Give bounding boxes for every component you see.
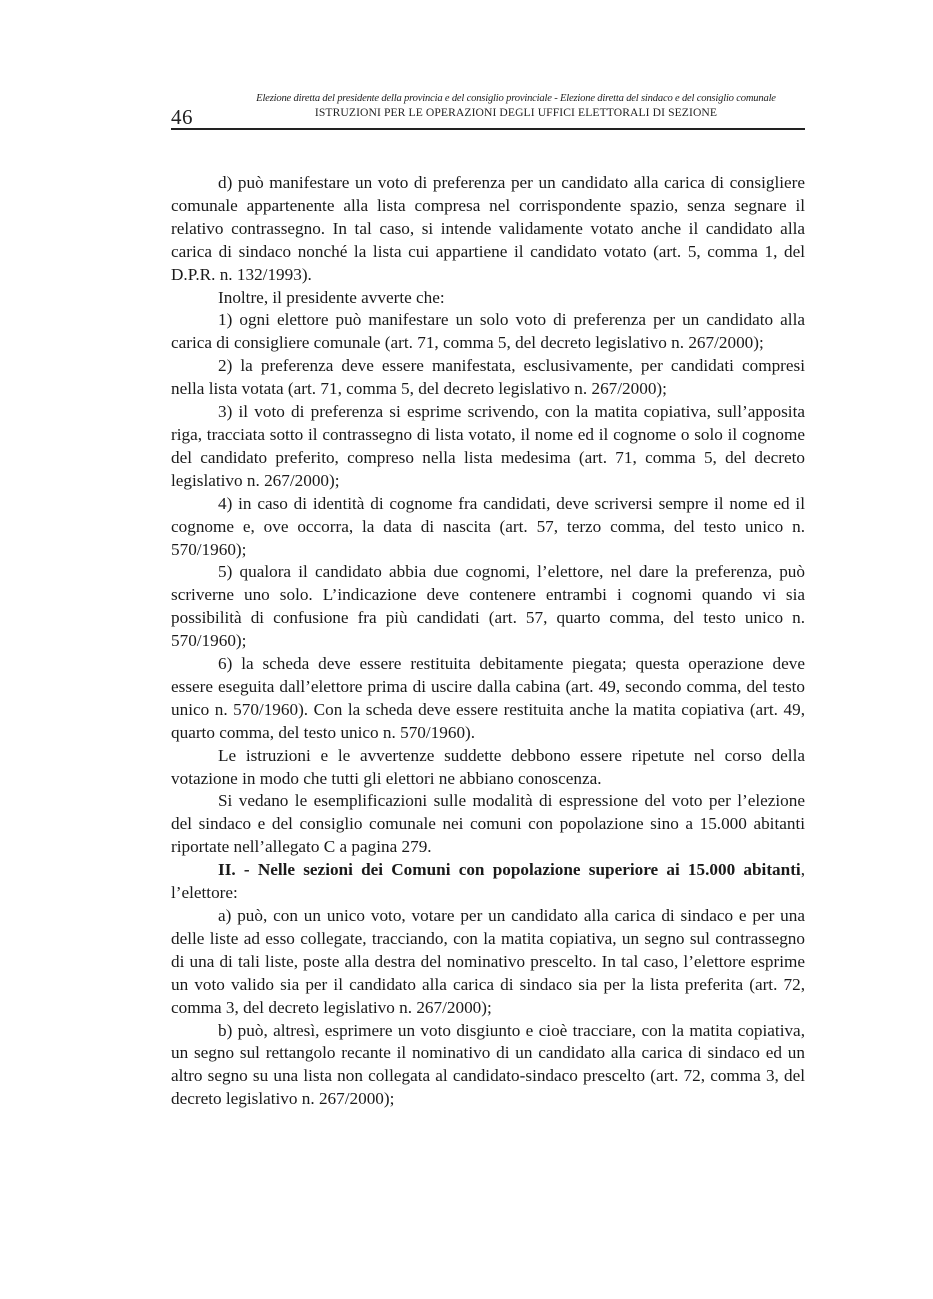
paragraph-see-examples: Si vedano le esemplificazioni sulle moda… <box>171 790 805 859</box>
paragraph-item-6: 6) la scheda deve essere restituita debi… <box>171 653 805 745</box>
paragraph-a-single-vote: a) può, con un unico voto, votare per un… <box>171 905 805 1020</box>
paragraph-item-3: 3) il voto di preferenza si esprime scri… <box>171 401 805 493</box>
running-title-section: ISTRUZIONI PER LE OPERAZIONI DEGLI UFFIC… <box>227 105 805 120</box>
paragraph-d-preference-vote: d) può manifestare un voto di preferenza… <box>171 172 805 287</box>
page-number: 46 <box>171 106 193 128</box>
running-title-series: Elezione diretta del presidente della pr… <box>227 92 805 105</box>
paragraph-item-4: 4) in caso di identità di cognome fra ca… <box>171 493 805 562</box>
section-heading-II: II. - Nelle sezioni dei Comuni con popol… <box>171 859 805 905</box>
page-header: 46 Elezione diretta del presidente della… <box>171 92 805 130</box>
paragraph-b-split-vote: b) può, altresì, esprimere un voto disgi… <box>171 1020 805 1112</box>
paragraph-instructions-repeated: Le istruzioni e le avvertenze suddette d… <box>171 745 805 791</box>
page-body: d) può manifestare un voto di preferenza… <box>171 172 805 1111</box>
running-title: Elezione diretta del presidente della pr… <box>227 92 805 120</box>
header-divider <box>171 128 805 130</box>
paragraph-item-1: 1) ogni elettore può manifestare un solo… <box>171 309 805 355</box>
paragraph-item-5: 5) qualora il candidato abbia due cognom… <box>171 561 805 653</box>
paragraph-item-2: 2) la preferenza deve essere manifestata… <box>171 355 805 401</box>
section-heading-lead: II. - Nelle sezioni dei Comuni con popol… <box>218 860 801 879</box>
paragraph-president-warns: Inoltre, il presidente avverte che: <box>171 287 805 310</box>
